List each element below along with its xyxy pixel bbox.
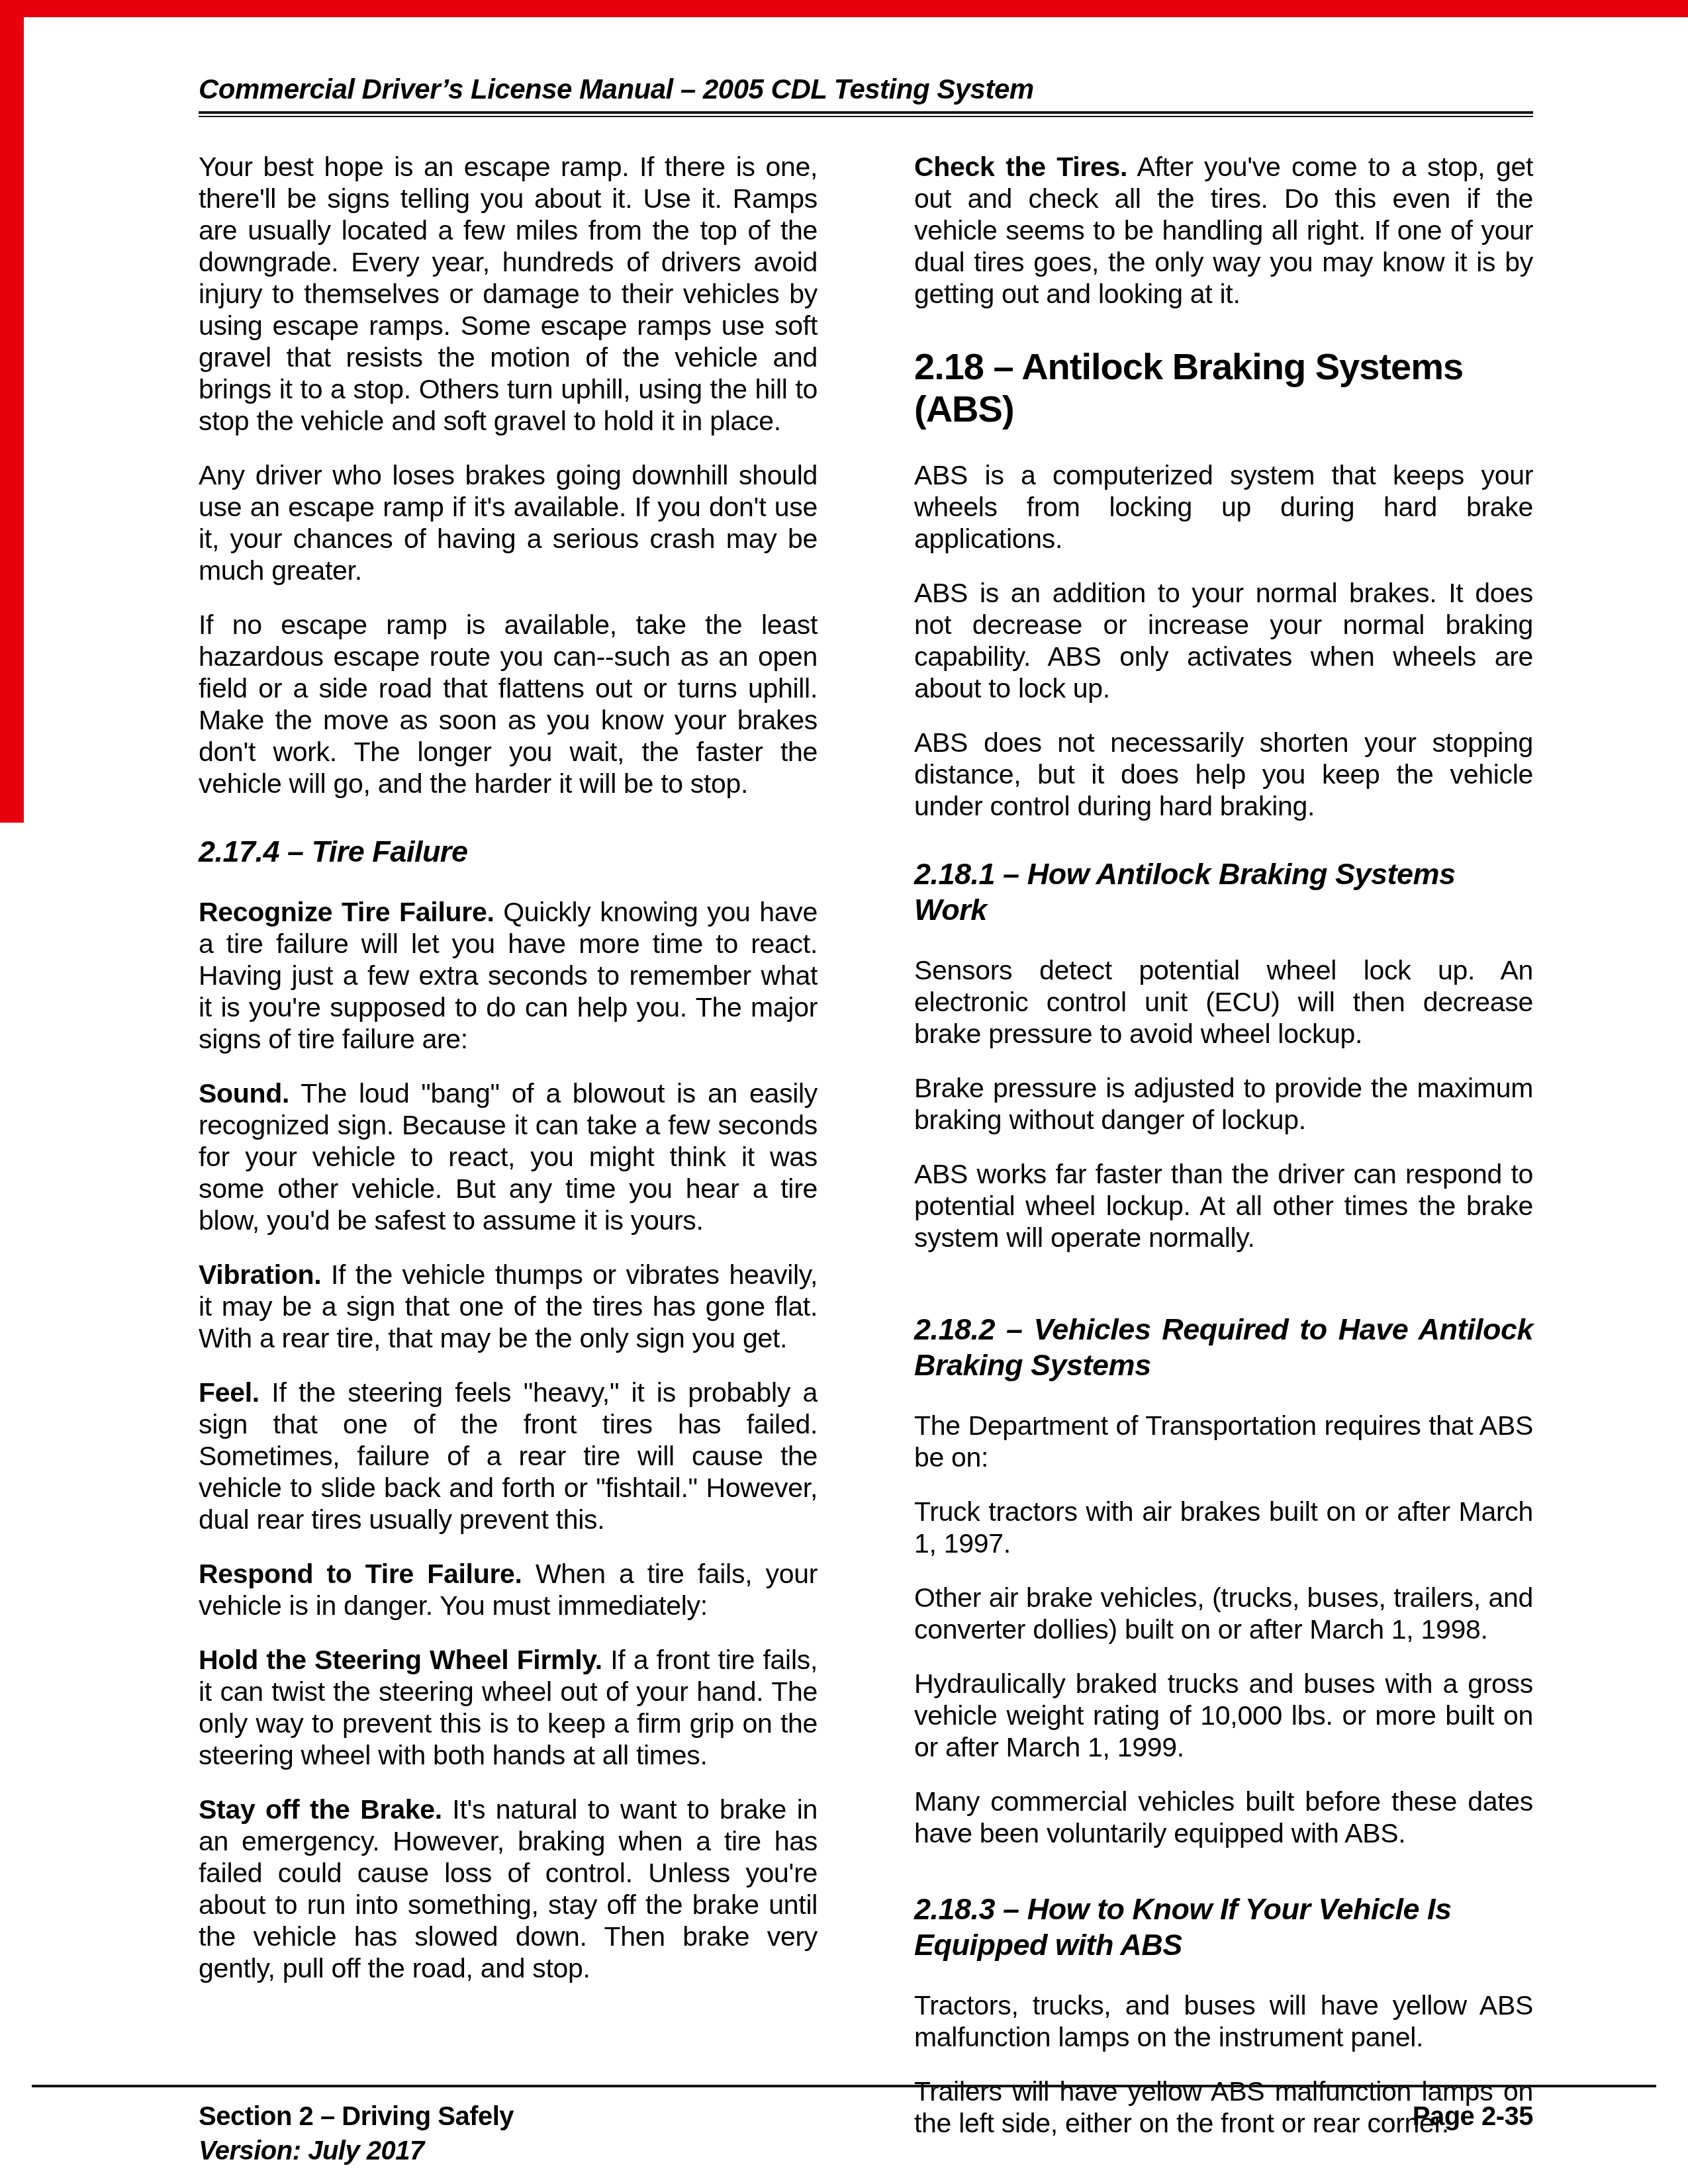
para-hold-steering-wheel: Hold the Steering Wheel Firmly. If a fro… bbox=[199, 1644, 818, 1771]
para-work-pressure: Brake pressure is adjusted to provide th… bbox=[914, 1072, 1533, 1136]
para-abs-intro: ABS is a computerized system that keeps … bbox=[914, 459, 1533, 555]
para-any-driver: Any driver who loses brakes going downhi… bbox=[199, 459, 818, 586]
para-lead-stay: Stay off the Brake. bbox=[199, 1794, 442, 1825]
manual-page: Commercial Driver’s License Manual – 200… bbox=[0, 0, 1688, 2184]
para-lead-recognize: Recognize Tire Failure. bbox=[199, 897, 494, 927]
footer-rule bbox=[32, 2085, 1656, 2087]
heading-2-18-1: 2.18.1 – How Antilock Braking Systems Wo… bbox=[914, 856, 1533, 928]
red-left-bar bbox=[0, 0, 24, 823]
para-lead-respond: Respond to Tire Failure. bbox=[199, 1559, 522, 1589]
para-no-ramp: If no escape ramp is available, take the… bbox=[199, 609, 818, 799]
para-respond-tire-failure: Respond to Tire Failure. When a tire fai… bbox=[199, 1558, 818, 1621]
heading-2-18: 2.18 – Antilock Braking Systems (ABS) bbox=[914, 345, 1533, 430]
footer-left: Section 2 – Driving Safely Version: July… bbox=[199, 2099, 514, 2168]
para-know-tractors: Tractors, trucks, and buses will have ye… bbox=[914, 1989, 1533, 2053]
header-rule bbox=[199, 111, 1533, 117]
para-work-sensors: Sensors detect potential wheel lock up. … bbox=[914, 954, 1533, 1050]
page-header: Commercial Driver’s License Manual – 200… bbox=[199, 73, 1533, 117]
right-column: Check the Tires. After you've come to a … bbox=[914, 151, 1533, 2139]
footer-section: Section 2 – Driving Safely bbox=[199, 2099, 514, 2134]
para-escape-ramp: Your best hope is an escape ramp. If the… bbox=[199, 151, 818, 437]
para-check-tires: Check the Tires. After you've come to a … bbox=[914, 151, 1533, 310]
para-lead-check: Check the Tires. bbox=[914, 152, 1127, 182]
para-text-feel: If the steering feels "heavy," it is pro… bbox=[199, 1377, 818, 1535]
para-req-dot: The Department of Transportation require… bbox=[914, 1410, 1533, 1473]
para-lead-hold: Hold the Steering Wheel Firmly. bbox=[199, 1645, 602, 1675]
footer-version: Version: July 2017 bbox=[199, 2134, 514, 2168]
para-work-faster: ABS works far faster than the driver can… bbox=[914, 1158, 1533, 1253]
para-req-hydraulic: Hydraulically braked trucks and buses wi… bbox=[914, 1668, 1533, 1763]
para-lead-feel: Feel. bbox=[199, 1377, 259, 1408]
heading-2-18-3: 2.18.3 – How to Know If Your Vehicle Is … bbox=[914, 1891, 1533, 1963]
para-req-voluntary: Many commercial vehicles built before th… bbox=[914, 1786, 1533, 1849]
footer-page-number: Page 2-35 bbox=[1413, 2099, 1533, 2134]
para-feel: Feel. If the steering feels "heavy," it … bbox=[199, 1377, 818, 1535]
two-column-body: Your best hope is an escape ramp. If the… bbox=[199, 151, 1533, 2139]
left-column: Your best hope is an escape ramp. If the… bbox=[199, 151, 818, 2139]
para-vibration: Vibration. If the vehicle thumps or vibr… bbox=[199, 1259, 818, 1354]
para-lead-sound: Sound. bbox=[199, 1078, 289, 1109]
red-top-bar bbox=[0, 0, 1688, 17]
para-text-sound: The loud "bang" of a blowout is an easil… bbox=[199, 1078, 818, 1236]
para-req-other: Other air brake vehicles, (trucks, buses… bbox=[914, 1582, 1533, 1645]
heading-2-17-4: 2.17.4 – Tire Failure bbox=[199, 834, 818, 870]
para-stay-off-brake: Stay off the Brake. It's natural to want… bbox=[199, 1794, 818, 1984]
header-title: Commercial Driver’s License Manual – 200… bbox=[199, 73, 1533, 106]
para-req-tractors: Truck tractors with air brakes built on … bbox=[914, 1496, 1533, 1559]
para-lead-vibration: Vibration. bbox=[199, 1259, 321, 1290]
heading-2-18-2: 2.18.2 – Vehicles Required to Have Antil… bbox=[914, 1312, 1533, 1383]
para-abs-addition: ABS is an addition to your normal brakes… bbox=[914, 577, 1533, 704]
para-recognize-tire-failure: Recognize Tire Failure. Quickly knowing … bbox=[199, 896, 818, 1055]
para-sound: Sound. The loud "bang" of a blowout is a… bbox=[199, 1077, 818, 1236]
para-abs-distance: ABS does not necessarily shorten your st… bbox=[914, 727, 1533, 822]
